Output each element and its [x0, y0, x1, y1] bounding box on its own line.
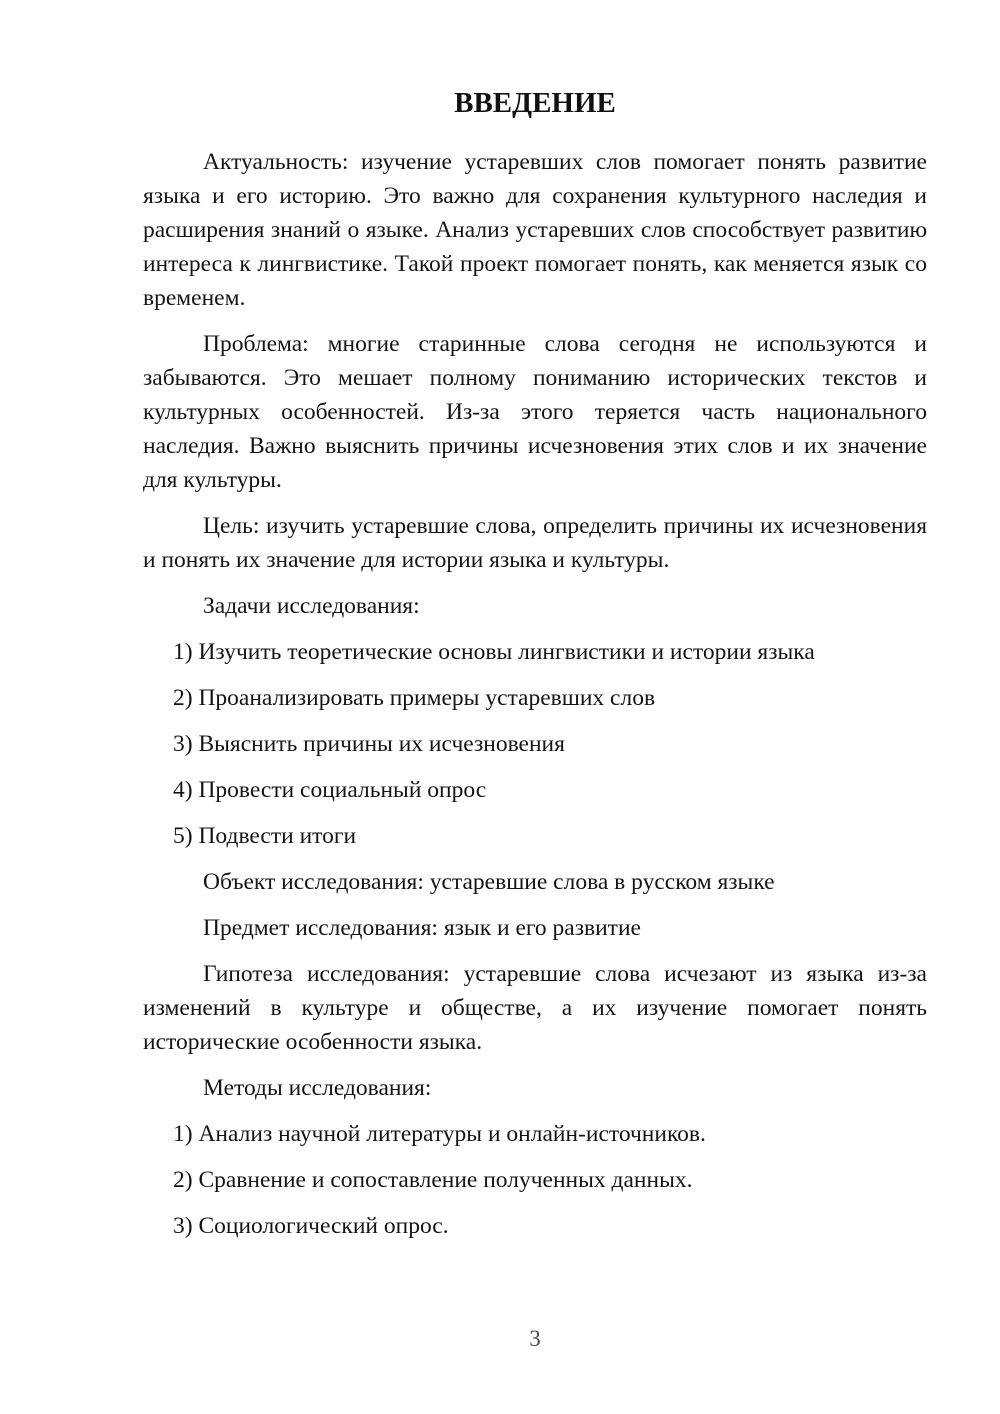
list-item: 1) Анализ научной литературы и онлайн-ис…: [143, 1117, 927, 1151]
list-item: 5) Подвести итоги: [143, 819, 927, 853]
list-item: 3) Социологический опрос.: [143, 1209, 927, 1243]
list-item: 2) Сравнение и сопоставление полученных …: [143, 1163, 927, 1197]
list-item: 4) Провести социальный опрос: [143, 773, 927, 807]
paragraph-object: Объект исследования: устаревшие слова в …: [143, 865, 927, 899]
methods-heading: Методы исследования:: [143, 1071, 927, 1105]
tasks-heading: Задачи исследования:: [143, 589, 927, 623]
paragraph-subject: Предмет исследования: язык и его развити…: [143, 911, 927, 945]
page-footer: 3: [143, 1322, 927, 1356]
page-number: 3: [529, 1326, 541, 1351]
methods-list: 1) Анализ научной литературы и онлайн-ис…: [143, 1117, 927, 1243]
list-item: 2) Проанализировать примеры устаревших с…: [143, 681, 927, 715]
paragraph-problem: Проблема: многие старинные слова сегодня…: [143, 327, 927, 497]
paragraph-goal: Цель: изучить устаревшие слова, определи…: [143, 509, 927, 577]
paragraph-hypothesis: Гипотеза исследования: устаревшие слова …: [143, 957, 927, 1059]
tasks-list: 1) Изучить теоретические основы лингвист…: [143, 635, 927, 853]
list-item: 3) Выяснить причины их исчезновения: [143, 727, 927, 761]
paragraph-relevance: Актуальность: изучение устаревших слов п…: [143, 145, 927, 315]
page-title: ВВЕДЕНИЕ: [143, 85, 927, 121]
list-item: 1) Изучить теоретические основы лингвист…: [143, 635, 927, 669]
document-page: ВВЕДЕНИЕ Актуальность: изучение устаревш…: [0, 0, 1000, 1414]
